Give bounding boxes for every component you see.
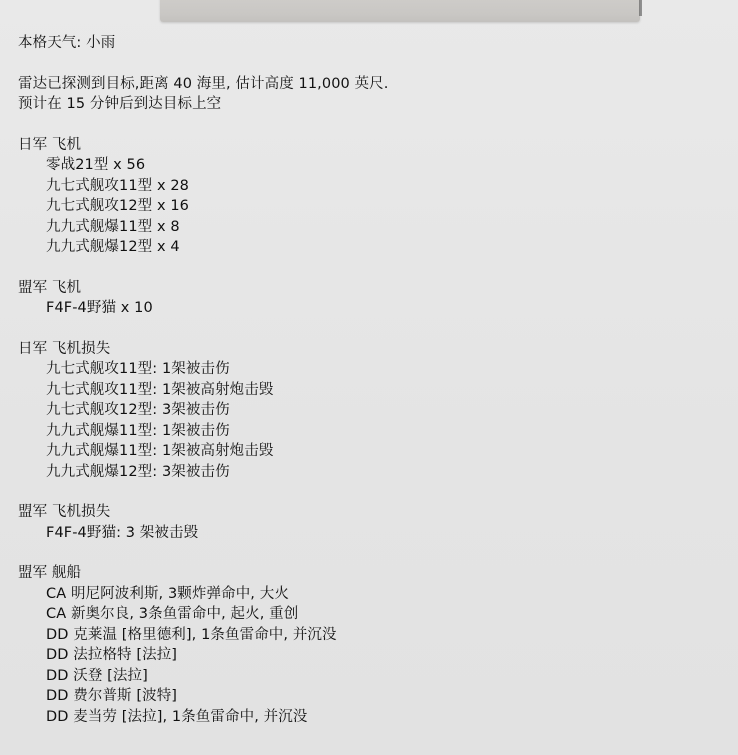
allied-aircraft-heading: 盟军 飞机 [18, 278, 718, 299]
japanese-aircraft-item: 九七式舰攻12型 x 16 [18, 196, 718, 217]
spacer [18, 543, 718, 563]
allied-aircraft-item: F4F-4野猫 x 10 [18, 298, 718, 319]
spacer [18, 54, 718, 74]
japanese-aircraft-item: 九七式舰攻11型 x 28 [18, 176, 718, 197]
japanese-loss-item: 九九式舰爆11型: 1架被击伤 [18, 421, 718, 442]
japanese-aircraft-item: 九九式舰爆12型 x 4 [18, 237, 718, 258]
radar-detection-line: 雷达已探测到目标,距离 40 海里, 估计高度 11,000 英尺. [18, 74, 718, 95]
japanese-loss-item: 九九式舰爆12型: 3架被击伤 [18, 462, 718, 483]
allied-ship-item: CA 明尼阿波利斯, 3颗炸弹命中, 大火 [18, 584, 718, 605]
allied-ship-item: DD 麦当劳 [法拉], 1条鱼雷命中, 并沉没 [18, 707, 718, 728]
japanese-losses-heading: 日军 飞机损失 [18, 339, 718, 360]
allied-ship-item: DD 克莱温 [格里德利], 1条鱼雷命中, 并沉没 [18, 625, 718, 646]
japanese-loss-item: 九七式舰攻12型: 3架被击伤 [18, 400, 718, 421]
allied-ship-item: CA 新奥尔良, 3条鱼雷命中, 起火, 重创 [18, 604, 718, 625]
japanese-aircraft-heading: 日军 飞机 [18, 135, 718, 156]
spacer [18, 258, 718, 278]
allied-loss-item: F4F-4野猫: 3 架被击毁 [18, 523, 718, 544]
combat-report: 本格天气: 小雨 雷达已探测到目标,距离 40 海里, 估计高度 11,000 … [18, 33, 718, 727]
spacer [18, 115, 718, 135]
allied-ship-item: DD 法拉格特 [法拉] [18, 645, 718, 666]
japanese-aircraft-item: 零战21型 x 56 [18, 155, 718, 176]
japanese-loss-item: 九七式舰攻11型: 1架被击伤 [18, 359, 718, 380]
radar-eta-line: 预计在 15 分钟后到达目标上空 [18, 94, 718, 115]
allied-losses-heading: 盟军 飞机损失 [18, 502, 718, 523]
japanese-aircraft-item: 九九式舰爆11型 x 8 [18, 217, 718, 238]
spacer [18, 319, 718, 339]
weather-line: 本格天气: 小雨 [18, 33, 718, 54]
japanese-loss-item: 九七式舰攻11型: 1架被高射炮击毁 [18, 380, 718, 401]
allied-ships-heading: 盟军 舰船 [18, 563, 718, 584]
allied-ship-item: DD 沃登 [法拉] [18, 666, 718, 687]
allied-ship-item: DD 费尔普斯 [波特] [18, 686, 718, 707]
top-panel-tab [160, 0, 640, 22]
japanese-loss-item: 九九式舰爆11型: 1架被高射炮击毁 [18, 441, 718, 462]
spacer [18, 482, 718, 502]
